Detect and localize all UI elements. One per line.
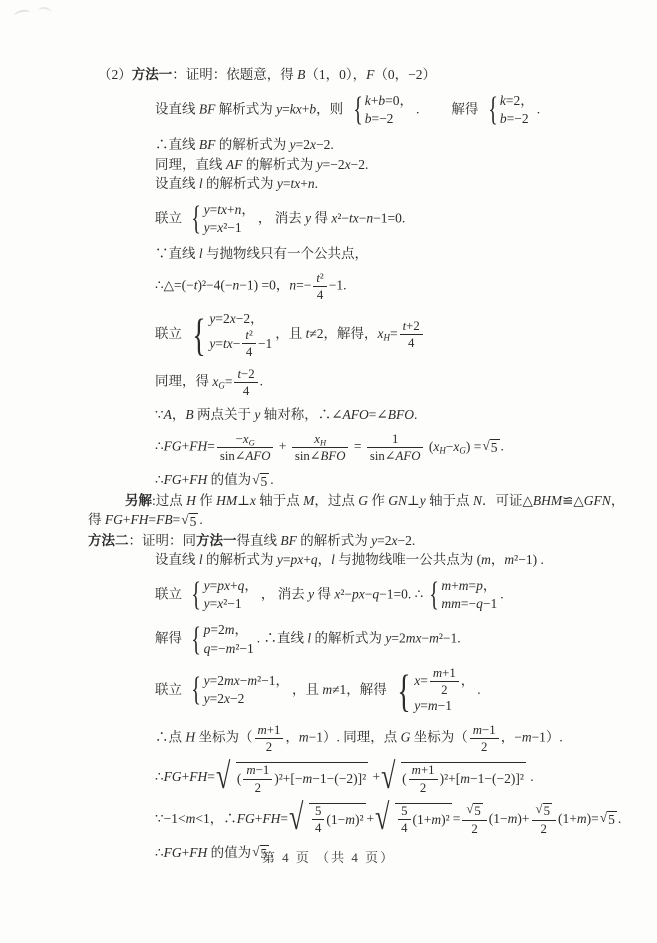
solution-line-8: ∴△=(−t)²−4(−n−1) =0，n=−t²4−1.: [155, 271, 641, 302]
text: .: [199, 512, 202, 527]
text: 的解析式为: [311, 631, 385, 646]
text: ]²: [515, 771, 524, 787]
text: ，: [611, 493, 625, 508]
text: .: [270, 472, 273, 487]
text: =: [453, 810, 461, 825]
math-text: (1+m)²: [413, 812, 450, 828]
radical-icon: √: [252, 473, 259, 487]
math-text: −1: [258, 335, 272, 353]
text: +: [367, 810, 375, 825]
left-brace: {: [192, 674, 202, 706]
text: ∵: [155, 407, 164, 422]
text: 作: [196, 493, 216, 508]
solution-line-18: 联立 {y=px+q，y=x²−1， 消去 y 得 x²−px−q−1=0. ∴…: [155, 577, 641, 613]
radical-icon: √: [216, 762, 230, 791]
solution-line-16: 方法二：证明：同方法一得直线 BF 的解析式为 y=2x−2.: [88, 532, 641, 550]
text: ，则: [316, 101, 346, 116]
text: .: [618, 810, 621, 825]
scanned-document-page: （2）方法一：证明：依题意，得 B（1，0），F（0，−2）设直线 BF 解析式…: [0, 0, 657, 943]
text: ，: [276, 277, 290, 292]
text: =: [350, 439, 364, 454]
math-text: AF: [226, 157, 243, 172]
text: 设直线: [155, 176, 199, 191]
bold-label: 方法二: [88, 533, 129, 548]
fraction: t−24: [234, 367, 257, 398]
text: =: [591, 810, 599, 825]
square-root: √5: [536, 803, 552, 819]
text: ，且: [275, 326, 305, 341]
math-text: xH=: [378, 326, 398, 341]
square-root: √5: [252, 473, 269, 490]
text: .: [315, 176, 318, 191]
solution-line-3: ∴直线 BF 的解析式为 y=2x−2.: [155, 136, 641, 154]
text: 两点关于: [194, 407, 255, 422]
solution-line-10: 同理，得 xG=t−24.: [155, 367, 641, 398]
fraction: xHsin∠BFO: [292, 432, 349, 463]
solution-line-7: ∵直线 l 与抛物线只有一个公共点，: [155, 245, 641, 263]
math-text: y=tx−: [209, 335, 240, 353]
math-text: y=tx+n: [277, 176, 315, 191]
text: ：证明：依题意，得: [172, 67, 297, 82]
solution-line-14: 另解:过点 H 作 HM⊥x 轴于点 M，过点 G 作 GN⊥y 轴于点 N．可…: [125, 492, 641, 510]
square-root: √54(1+m)²: [375, 803, 452, 835]
text: 的解析式为: [215, 137, 289, 152]
text: ]²: [358, 771, 367, 787]
fraction: 1sin∠AFO: [367, 432, 424, 463]
text: ∴: [155, 770, 164, 785]
text: .: [260, 374, 263, 389]
text: 设直线: [155, 552, 199, 567]
text: 作: [368, 493, 388, 508]
math-text: GFN: [584, 493, 611, 508]
text: ∴△=: [155, 277, 182, 292]
text: 解析式为: [215, 101, 276, 116]
text: sin∠: [370, 449, 396, 463]
left-brace: {: [353, 94, 363, 126]
text: (: [402, 771, 407, 787]
radical-icon: √: [482, 439, 489, 453]
solution-line-2: 设直线 BF 解析式为 y=kx+b，则 {k+b=0，b=−2.解得 {k=2…: [155, 92, 641, 128]
text: ∵: [155, 810, 164, 825]
math-text: −m−1−(−2): [295, 771, 358, 787]
text: .: [527, 770, 534, 785]
math-text: x²−px−q−1=0: [334, 586, 408, 601]
math-text: y=2mx−m²−1: [385, 631, 457, 646]
left-brace: {: [193, 313, 206, 357]
text: 得直线: [237, 533, 281, 548]
text: =∠: [369, 407, 388, 422]
scan-artifact: [14, 7, 58, 21]
text: sin∠: [220, 449, 246, 463]
text: 同理，直线: [155, 157, 226, 172]
math-text: G: [358, 493, 368, 508]
text: +: [275, 439, 289, 454]
math-text: N: [473, 493, 482, 508]
math-text: xG=: [212, 374, 232, 389]
text: 的解析式为: [297, 533, 371, 548]
text: +: [522, 810, 530, 825]
text: .: [537, 101, 540, 116]
cases-group: {k+b=0，b=−2: [350, 92, 413, 128]
math-text: xH: [314, 432, 326, 446]
text: sin∠: [295, 449, 321, 463]
cases-group: {y=2mx−m²−1，y=2x−2: [188, 672, 289, 708]
math-text: BF: [280, 533, 297, 548]
math-text: m−1−(−2): [460, 771, 515, 787]
math-text: BHM: [533, 493, 562, 508]
fraction: −xGsin∠AFO: [217, 432, 274, 463]
math-text: (1−m)²: [326, 812, 363, 828]
solution-line-4: 同理，直线 AF 的解析式为 y=−2x−2.: [155, 156, 641, 174]
text: ∴: [155, 439, 164, 454]
square-root: √(m−12)²+[−m−1−(−2)]²: [216, 762, 368, 794]
math-text: (−t)²−4(−n−1) =0: [182, 277, 276, 292]
math-text: y=2x−2: [290, 137, 331, 152]
bold-label: 另解: [125, 493, 152, 508]
math-text: m≠1: [322, 682, 346, 697]
math-text: H: [185, 730, 195, 745]
solution-line-11: ∵A，B 两点关于 y 轴对称，∴∠AFO=∠BFO.: [155, 406, 641, 424]
math-text: BFO: [388, 407, 414, 422]
text: .: [477, 682, 480, 697]
math-text: x²−tx−n−1=0: [331, 210, 402, 225]
math-text: AFO: [246, 449, 271, 463]
text: .: [457, 631, 460, 646]
text: .: [343, 277, 346, 292]
page-number-text: 第 4 页 （共 4 页）: [262, 850, 395, 865]
fraction: m+12: [255, 723, 284, 754]
text: ，且: [292, 682, 322, 697]
text: ，: [285, 730, 299, 745]
radical-icon: √: [381, 762, 395, 791]
text: .: [330, 137, 333, 152]
math-text: BF: [199, 137, 216, 152]
text: （0，−2）: [374, 67, 436, 82]
text: 得: [311, 210, 331, 225]
math-text: (1−m): [489, 810, 522, 825]
solution-line-15: 得 FG+FH=FB=√5.: [88, 511, 641, 530]
math-text: y=px+q: [277, 552, 318, 567]
square-root: √5: [600, 811, 617, 828]
text: ≌△: [562, 493, 584, 508]
text: ， 消去: [258, 210, 305, 225]
text: 解得: [155, 631, 185, 646]
text: 得: [314, 586, 334, 601]
left-brace: {: [429, 579, 439, 611]
text: （2）: [98, 67, 132, 82]
text: ∵直线: [155, 246, 199, 261]
text: 联立: [155, 210, 185, 225]
solution-content: （2）方法一：证明：依题意，得 B（1，0），F（0，−2）设直线 BF 解析式…: [88, 64, 641, 865]
text: 同理，得: [155, 374, 212, 389]
math-text: (1+m): [558, 810, 591, 825]
text: 轴于点: [426, 493, 473, 508]
text: ，: [461, 672, 475, 690]
fraction: t²4: [242, 328, 255, 359]
math-text: FG+FH=: [164, 770, 215, 785]
fraction: m+12: [409, 763, 438, 794]
text: 坐标为（: [410, 730, 467, 745]
math-text: FG+FH=: [164, 439, 215, 454]
text: .: [414, 407, 417, 422]
fraction: 54: [398, 804, 410, 835]
text: 解得: [451, 101, 481, 116]
math-text: H: [186, 493, 196, 508]
text: ⊥: [237, 493, 250, 508]
math-text: n=−: [289, 277, 311, 292]
text: .: [500, 586, 503, 601]
square-root: √54(1−m)²: [289, 803, 366, 835]
text: ∴直线: [155, 137, 199, 152]
text: ，∴: [210, 810, 237, 825]
page-footer: 第 4 页 （共 4 页）: [0, 847, 657, 866]
radical-icon: √: [375, 803, 389, 832]
math-text: AFO: [396, 449, 421, 463]
solution-line-20: 联立 {y=2mx−m²−1，y=2x−2，且 m≠1，解得 {x=m+12，y…: [155, 666, 641, 715]
cases-group: {k=2，b=−2: [485, 92, 534, 128]
cases-group: {y=px+q，y=x²−1: [188, 577, 257, 613]
text: ， 消去: [261, 586, 308, 601]
fraction: m−12: [470, 723, 499, 754]
solution-line-17: 设直线 l 的解析式为 y=px+q，l 与抛物线唯一公共点为 (m，m²−1)…: [155, 551, 641, 569]
text: .: [501, 439, 504, 454]
text: )²+[: [274, 771, 295, 787]
math-text: y=kx+b: [276, 101, 316, 116]
solution-line-5: 设直线 l 的解析式为 y=tx+n.: [155, 175, 641, 193]
text: 联立: [155, 586, 185, 601]
math-text: (m，m²−1): [477, 552, 537, 567]
bold-label: 方法一: [196, 533, 237, 548]
text: . ∴直线: [257, 631, 308, 646]
left-brace: {: [398, 669, 411, 713]
solution-line-13: ∴FG+FH 的值为√5.: [155, 471, 641, 490]
text: 的值为: [207, 472, 251, 487]
math-text: BF: [199, 101, 216, 116]
text: ∴点: [155, 730, 185, 745]
left-brace: {: [488, 94, 498, 126]
text: )²+[: [440, 771, 461, 787]
solution-line-23: ∵−1<m<1，∴FG+FH=√54(1−m)²+√54(1+m)²=√52(1…: [155, 803, 641, 837]
text: ）. 同理，点: [323, 730, 401, 745]
text: . ∴: [408, 586, 423, 601]
text: ．可证△: [482, 493, 533, 508]
fraction: t+24: [400, 319, 423, 350]
text: ∴: [155, 472, 164, 487]
text: ⊥: [407, 493, 420, 508]
math-text: FG+FH=FB=: [105, 512, 180, 527]
cases-group: {y=tx+n，y=x²−1: [188, 201, 254, 237]
text: 得: [88, 512, 105, 527]
radical-icon: √: [289, 803, 303, 832]
text: ，解得: [346, 682, 390, 697]
square-root: √(m+12)²+[m−1−(−2)]²: [381, 762, 526, 794]
math-text: GN: [388, 493, 407, 508]
fraction: m+12: [430, 666, 459, 697]
radical-icon: √: [536, 803, 543, 816]
math-text: BFO: [321, 449, 346, 463]
math-text: G: [401, 730, 411, 745]
text: .: [412, 533, 415, 548]
text: .: [402, 210, 405, 225]
text: 轴对称，∴∠: [260, 407, 342, 422]
math-text: FG+FH=: [237, 810, 288, 825]
text: .: [416, 101, 419, 116]
radical-icon: √: [181, 513, 188, 527]
text: （1，0），: [305, 67, 366, 82]
cases-group: {p=2m，q=−m²−1: [188, 621, 253, 657]
text: +: [369, 770, 380, 785]
solution-line-1: （2）方法一：证明：依题意，得 B（1，0），F（0，−2）: [98, 66, 641, 84]
math-text: −1: [329, 277, 343, 292]
math-text: AFO: [343, 407, 369, 422]
text: 与抛物线唯一公共点为: [335, 552, 477, 567]
radical-icon: √: [600, 811, 607, 825]
text: 的解析式为: [203, 176, 277, 191]
cases-group: {y=2x−2，y=tx−t²4−1: [188, 310, 272, 359]
left-brace: {: [192, 579, 202, 611]
text: 的解析式为: [242, 157, 316, 172]
solution-line-6: 联立 {y=tx+n，y=x²−1， 消去 y 得 x²−tx−n−1=0.: [155, 201, 641, 237]
math-text: (xH−xG) =: [425, 439, 481, 454]
text: ，: [501, 730, 515, 745]
math-text: FG+FH: [164, 472, 208, 487]
math-text: t≠2: [306, 326, 324, 341]
math-text: −xG: [236, 432, 255, 446]
solution-line-21: ∴点 H 坐标为（m+12，m−1）. 同理，点 G 坐标为（m−12，−m−1…: [155, 723, 641, 754]
fraction: t²4: [313, 271, 326, 302]
math-text: y=2x−2: [371, 533, 412, 548]
radical-icon: √: [466, 803, 473, 816]
solution-line-22: ∴FG+FH=√(m−12)²+[−m−1−(−2)]² +√(m+12)²+[…: [155, 762, 641, 794]
math-text: y=−2x−2: [317, 157, 365, 172]
square-root: √5: [466, 803, 482, 819]
text: ，: [318, 552, 332, 567]
text: 设直线: [155, 101, 199, 116]
math-text: m−1: [299, 730, 323, 745]
fraction: √52: [462, 803, 486, 837]
text: ，过点: [314, 493, 358, 508]
solution-line-9: 联立 {y=2x−2，y=tx−t²4−1，且 t≠2，解得，xH=t+24: [155, 310, 641, 359]
text: ：证明：同: [129, 533, 197, 548]
math-text: x=: [414, 672, 428, 690]
fraction: m−12: [243, 763, 272, 794]
text: 联立: [155, 326, 185, 341]
text: .: [365, 157, 368, 172]
text: 的解析式为: [203, 552, 277, 567]
text: 轴于点: [256, 493, 303, 508]
text: 联立: [155, 682, 185, 697]
square-root: √5: [181, 513, 198, 530]
left-brace: {: [192, 203, 202, 235]
cases-group: {x=m+12，y=m−1: [393, 666, 474, 715]
text: 与抛物线只有一个公共点，: [203, 246, 368, 261]
cases-group: {m+m=p，mm=−q−1: [426, 577, 497, 613]
fraction: 54: [312, 804, 324, 835]
text: .: [537, 552, 544, 567]
text: ，: [172, 407, 186, 422]
math-text: −m−1: [514, 730, 546, 745]
square-root: √5: [482, 439, 499, 456]
solution-line-19: 解得 {p=2m，q=−m²−1. ∴直线 l 的解析式为 y=2mx−m²−1…: [155, 621, 641, 657]
solution-line-12: ∴FG+FH=−xGsin∠AFO + xHsin∠BFO = 1sin∠AFO…: [155, 432, 641, 463]
text: 坐标为（: [195, 730, 252, 745]
math-text: −1<m<1: [164, 810, 210, 825]
math-text: M: [303, 493, 314, 508]
text: :过点: [152, 493, 186, 508]
text: ）.: [546, 730, 563, 745]
fraction: √52: [532, 803, 556, 837]
text: ，解得，: [324, 326, 378, 341]
left-brace: {: [192, 624, 202, 656]
math-text: HM: [216, 493, 237, 508]
math-text: B: [185, 407, 193, 422]
text: (: [237, 771, 242, 787]
math-text: A: [164, 407, 172, 422]
bold-label: 方法一: [132, 67, 173, 82]
